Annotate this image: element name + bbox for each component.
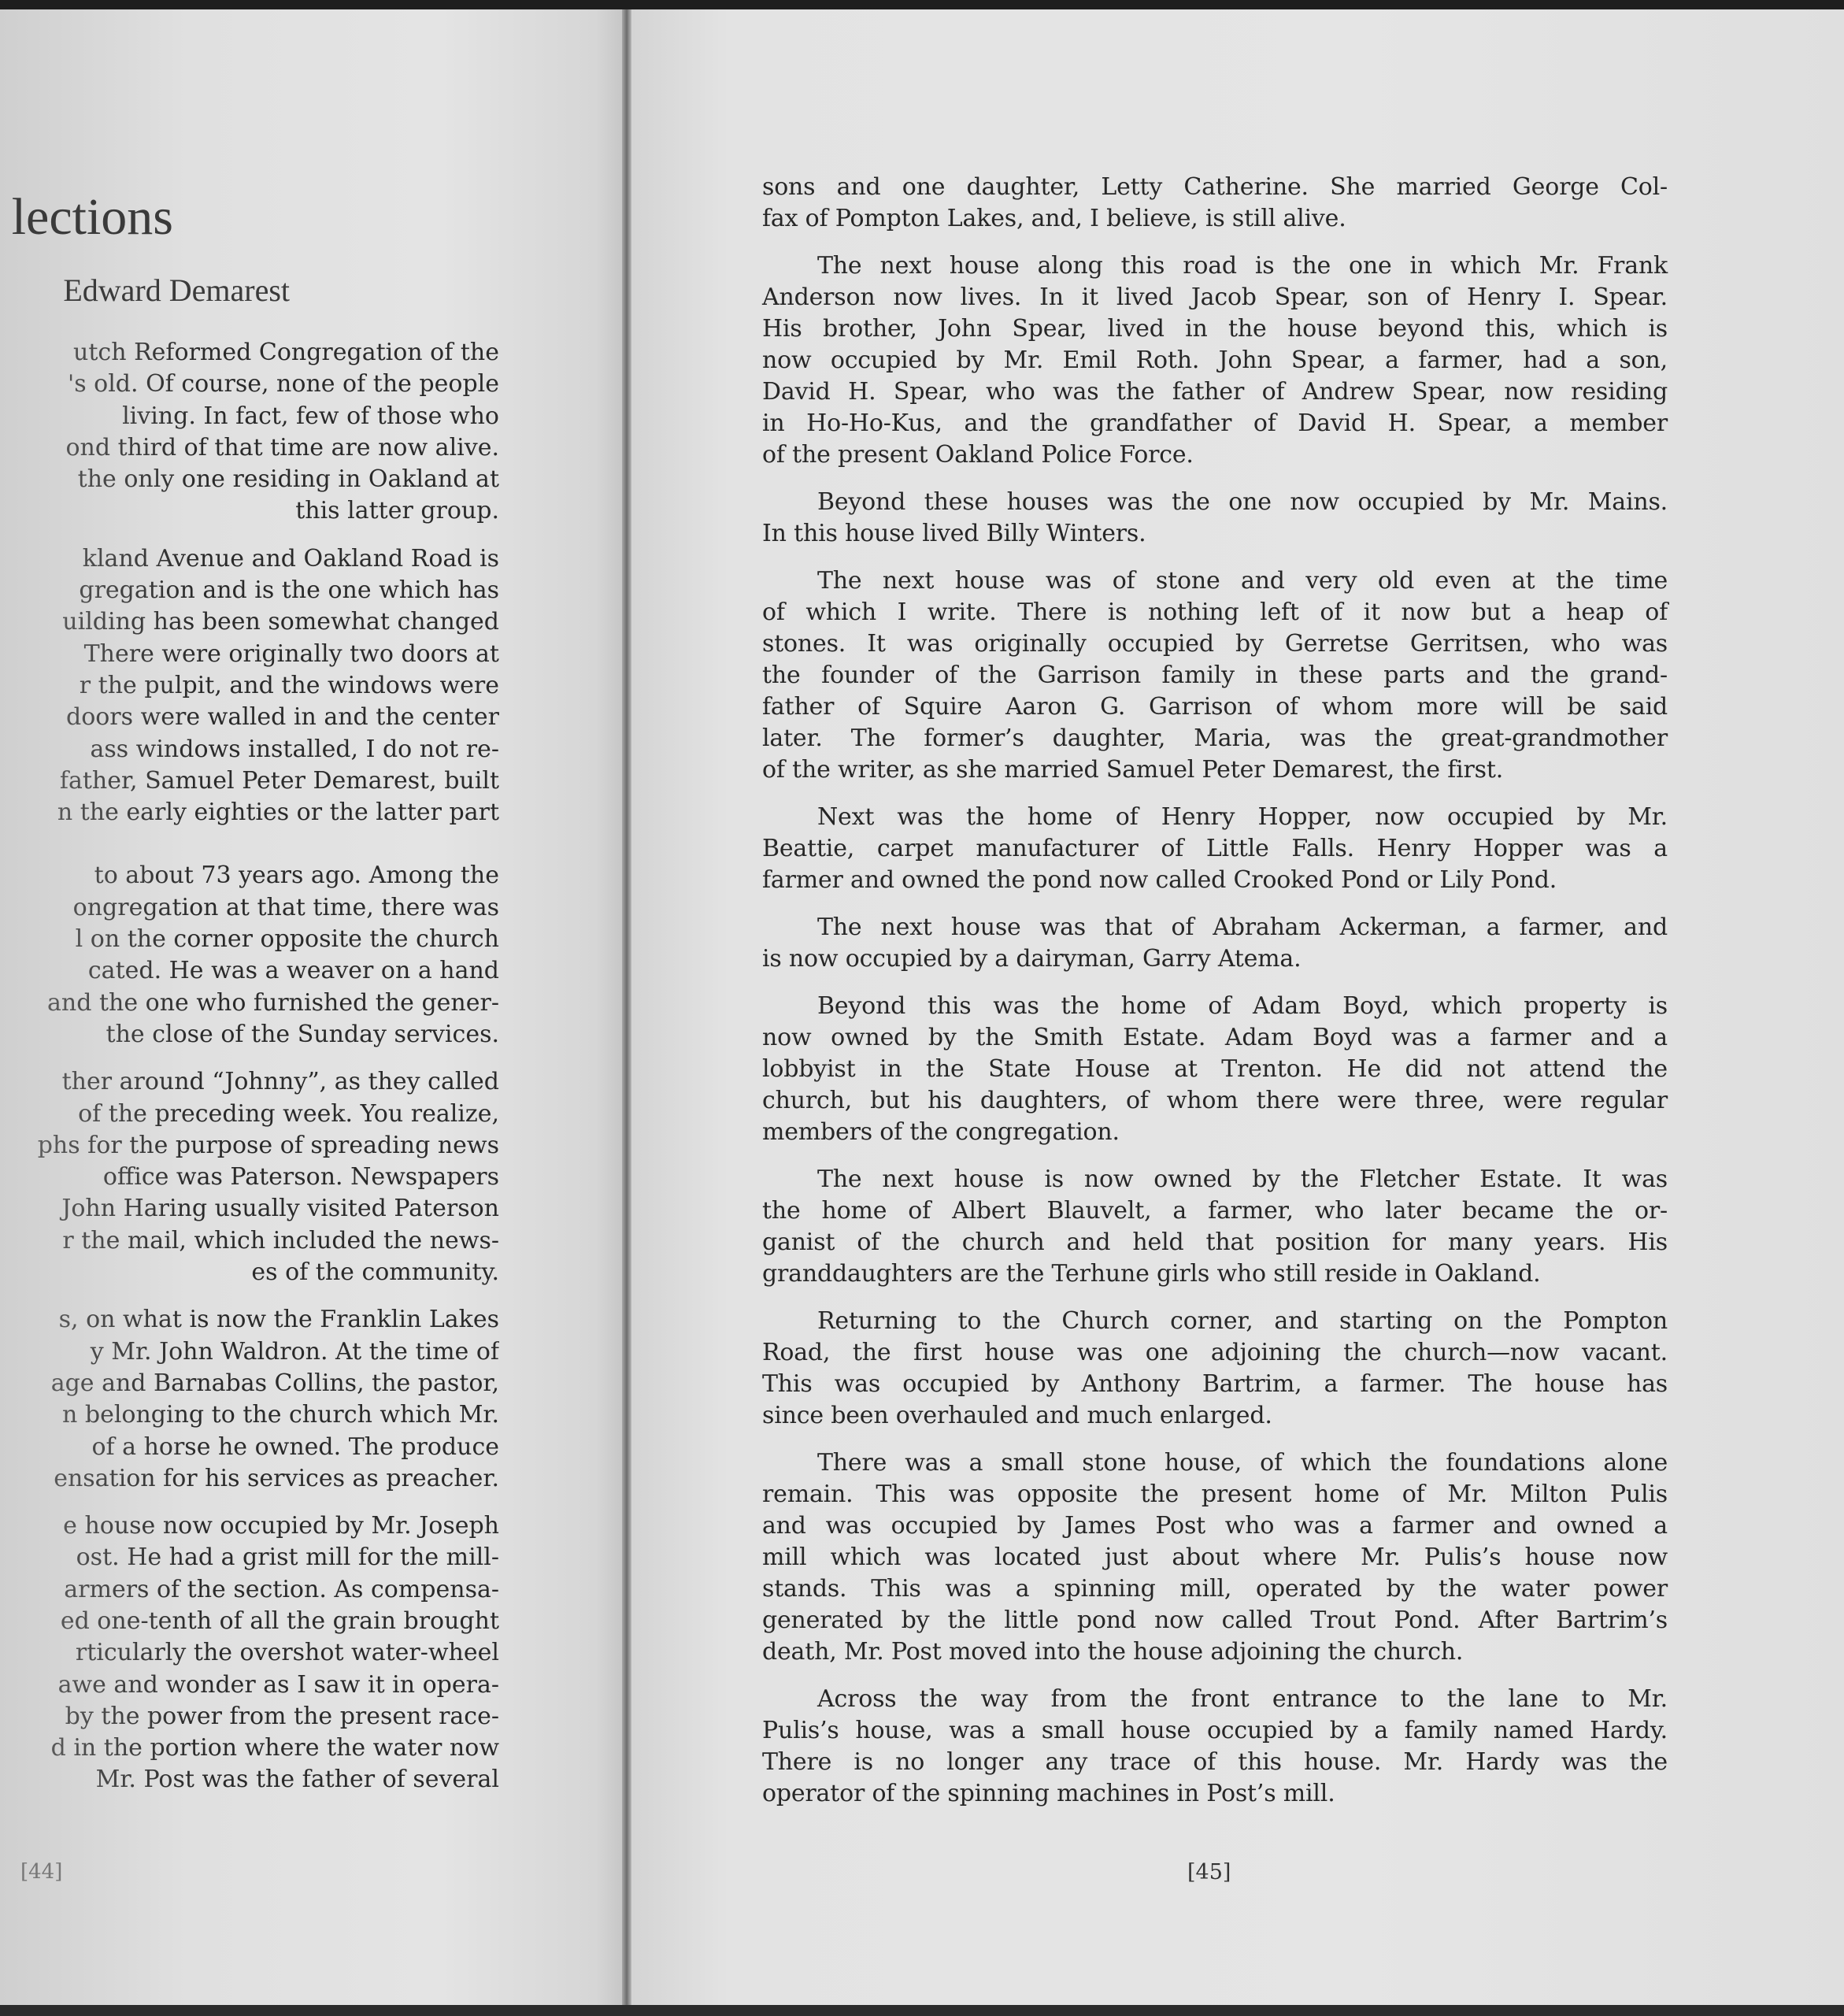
text-line: David H. Spear, who was the father of An… bbox=[762, 376, 1668, 408]
text-line: the home of Albert Blauvelt, a farmer, w… bbox=[762, 1195, 1668, 1227]
text-line: ensation for his services as preacher. bbox=[0, 1463, 499, 1495]
text-line: now owned by the Smith Estate. Adam Boyd… bbox=[762, 1022, 1668, 1054]
text-line: Beyond these houses was the one now occu… bbox=[762, 487, 1668, 518]
text-line: This was occupied by Anthony Bartrim, a … bbox=[762, 1369, 1668, 1400]
text-line: death, Mr. Post moved into the house adj… bbox=[762, 1636, 1668, 1668]
text-line: the founder of the Garrison family in th… bbox=[762, 660, 1668, 691]
text-line: Beattie, carpet manufacturer of Little F… bbox=[762, 833, 1668, 865]
text-line: of the preceding week. You realize, bbox=[0, 1099, 499, 1130]
paragraph-gap bbox=[0, 528, 499, 543]
text-line: is now occupied by a dairyman, Garry Ate… bbox=[762, 943, 1668, 975]
paragraph: The next house was that of Abraham Acker… bbox=[762, 912, 1668, 975]
text-line: ed one-tenth of all the grain brought bbox=[0, 1606, 499, 1637]
text-line: 's old. Of course, none of the people bbox=[0, 369, 499, 400]
text-line: His brother, John Spear, lived in the ho… bbox=[762, 313, 1668, 345]
text-line: and was occupied by James Post who was a… bbox=[762, 1510, 1668, 1542]
text-line: members of the congregation. bbox=[762, 1117, 1668, 1148]
paragraph-gap bbox=[0, 1051, 499, 1066]
text-line: farmer and owned the pond now called Cro… bbox=[762, 865, 1668, 896]
text-line: Next was the home of Henry Hopper, now o… bbox=[762, 802, 1668, 833]
chapter-title: lections bbox=[12, 187, 173, 247]
text-line: utch Reformed Congregation of the bbox=[0, 337, 499, 369]
text-line: ond third of that time are now alive. bbox=[0, 432, 499, 464]
text-line: operator of the spinning machines in Pos… bbox=[762, 1778, 1668, 1810]
paragraph: The next house is now owned by the Fletc… bbox=[762, 1164, 1668, 1290]
text-line: gregation and is the one which has bbox=[0, 575, 499, 606]
text-line: There is no longer any trace of this hou… bbox=[762, 1747, 1668, 1778]
text-line: sons and one daughter, Letty Catherine. … bbox=[762, 172, 1668, 203]
text-line: n belonging to the church which Mr. bbox=[0, 1399, 499, 1431]
book-gutter bbox=[622, 9, 631, 2005]
text-line: Mr. Post was the father of several bbox=[0, 1764, 499, 1795]
text-line: mill which was located just about where … bbox=[762, 1542, 1668, 1573]
text-line: in Ho-Ho-Kus, and the grandfather of Dav… bbox=[762, 408, 1668, 439]
paragraph: Beyond this was the home of Adam Boyd, w… bbox=[762, 991, 1668, 1148]
text-line: In this house lived Billy Winters. bbox=[762, 518, 1668, 550]
text-line: kland Avenue and Oakland Road is bbox=[0, 543, 499, 575]
paragraph-gap bbox=[0, 844, 499, 860]
text-line: s, on what is now the Franklin Lakes bbox=[0, 1304, 499, 1336]
text-line: ther around “Johnny”, as they called bbox=[0, 1066, 499, 1098]
paragraph: sons and one daughter, Letty Catherine. … bbox=[762, 172, 1668, 235]
text-line: ass windows installed, I do not re- bbox=[0, 734, 499, 765]
text-line: ganist of the church and held that posit… bbox=[762, 1227, 1668, 1258]
paragraph: The next house was of stone and very old… bbox=[762, 565, 1668, 786]
text-line: awe and wonder as I saw it in opera- bbox=[0, 1669, 499, 1701]
text-line: The next house is now owned by the Fletc… bbox=[762, 1164, 1668, 1195]
text-line: father, Samuel Peter Demarest, built bbox=[0, 765, 499, 797]
paragraph-gap bbox=[0, 1288, 499, 1304]
text-line: Returning to the Church corner, and star… bbox=[762, 1306, 1668, 1337]
text-line: cated. He was a weaver on a hand bbox=[0, 955, 499, 987]
text-line: living. In fact, few of those who bbox=[0, 401, 499, 432]
paragraph: Returning to the Church corner, and star… bbox=[762, 1306, 1668, 1432]
text-line: age and Barnabas Collins, the pastor, bbox=[0, 1368, 499, 1399]
page-number-left: [44] bbox=[20, 1860, 62, 1884]
text-line: and the one who furnished the gener- bbox=[0, 988, 499, 1019]
paragraph-gap bbox=[0, 1495, 499, 1510]
text-line: since been overhauled and much enlarged. bbox=[762, 1400, 1668, 1432]
text-line: father of Squire Aaron G. Garrison of wh… bbox=[762, 691, 1668, 723]
text-line: lobbyist in the State House at Trenton. … bbox=[762, 1054, 1668, 1085]
text-line: es of the community. bbox=[0, 1257, 499, 1288]
text-line: stones. It was originally occupied by Ge… bbox=[762, 628, 1668, 660]
author-byline: Edward Demarest bbox=[63, 272, 290, 309]
text-line: doors were walled in and the center bbox=[0, 702, 499, 733]
text-line: e house now occupied by Mr. Joseph bbox=[0, 1510, 499, 1542]
scan-bottom-edge bbox=[0, 2005, 1844, 2016]
text-line: n the early eighties or the latter part bbox=[0, 797, 499, 828]
paragraph-gap bbox=[0, 828, 499, 844]
text-line: of the present Oakland Police Force. bbox=[762, 439, 1668, 471]
paragraph: Across the way from the front entrance t… bbox=[762, 1684, 1668, 1810]
page-number-right: [45] bbox=[1187, 1860, 1231, 1884]
text-line: r the pulpit, and the windows were bbox=[0, 670, 499, 702]
text-line: Pulis’s house, was a small house occupie… bbox=[762, 1715, 1668, 1747]
text-line: rticularly the overshot water-wheel bbox=[0, 1637, 499, 1669]
text-line: ongregation at that time, there was bbox=[0, 892, 499, 924]
text-line: fax of Pompton Lakes, and, I believe, is… bbox=[762, 203, 1668, 235]
text-line: the only one residing in Oakland at bbox=[0, 464, 499, 495]
paragraph: The next house along this road is the on… bbox=[762, 250, 1668, 471]
text-line: church, but his daughters, of whom there… bbox=[762, 1085, 1668, 1117]
text-line: The next house along this road is the on… bbox=[762, 250, 1668, 282]
text-line: by the power from the present race- bbox=[0, 1701, 499, 1732]
text-line: stands. This was a spinning mill, operat… bbox=[762, 1573, 1668, 1605]
text-line: armers of the section. As compensa- bbox=[0, 1574, 499, 1606]
text-line: office was Paterson. Newspapers bbox=[0, 1162, 499, 1193]
text-line: granddaughters are the Terhune girls who… bbox=[762, 1258, 1668, 1290]
text-line: remain. This was opposite the present ho… bbox=[762, 1479, 1668, 1510]
text-line: There was a small stone house, of which … bbox=[762, 1447, 1668, 1479]
text-line: Anderson now lives. In it lived Jacob Sp… bbox=[762, 282, 1668, 313]
text-line: y Mr. John Waldron. At the time of bbox=[0, 1336, 499, 1368]
left-page-body: utch Reformed Congregation of the's old.… bbox=[0, 337, 499, 1796]
text-line: phs for the purpose of spreading news bbox=[0, 1130, 499, 1162]
text-line: John Haring usually visited Paterson bbox=[0, 1193, 499, 1225]
paragraph: There was a small stone house, of which … bbox=[762, 1447, 1668, 1668]
text-line: generated by the little pond now called … bbox=[762, 1605, 1668, 1636]
text-line: this latter group. bbox=[0, 495, 499, 527]
text-line: Road, the first house was one adjoining … bbox=[762, 1337, 1668, 1369]
text-line: d in the portion where the water now bbox=[0, 1732, 499, 1764]
text-line: uilding has been somewhat changed bbox=[0, 606, 499, 638]
text-line: Across the way from the front entrance t… bbox=[762, 1684, 1668, 1715]
text-line: of which I write. There is nothing left … bbox=[762, 597, 1668, 628]
text-line: r the mail, which included the news- bbox=[0, 1225, 499, 1257]
right-page-body: sons and one daughter, Letty Catherine. … bbox=[762, 172, 1668, 1825]
text-line: l on the corner opposite the church bbox=[0, 924, 499, 955]
text-line: The next house was that of Abraham Acker… bbox=[762, 912, 1668, 943]
text-line: ost. He had a grist mill for the mill- bbox=[0, 1542, 499, 1573]
text-line: of a horse he owned. The produce bbox=[0, 1432, 499, 1463]
paragraph: Next was the home of Henry Hopper, now o… bbox=[762, 802, 1668, 896]
text-line: to about 73 years ago. Among the bbox=[0, 860, 499, 891]
text-line: later. The former’s daughter, Maria, was… bbox=[762, 723, 1668, 754]
text-line: There were originally two doors at bbox=[0, 639, 499, 670]
text-line: the close of the Sunday services. bbox=[0, 1019, 499, 1051]
text-line: Beyond this was the home of Adam Boyd, w… bbox=[762, 991, 1668, 1022]
text-line: The next house was of stone and very old… bbox=[762, 565, 1668, 597]
scan-top-edge bbox=[0, 0, 1844, 9]
text-line: now occupied by Mr. Emil Roth. John Spea… bbox=[762, 345, 1668, 376]
paragraph: Beyond these houses was the one now occu… bbox=[762, 487, 1668, 550]
text-line: of the writer, as she married Samuel Pet… bbox=[762, 754, 1668, 786]
